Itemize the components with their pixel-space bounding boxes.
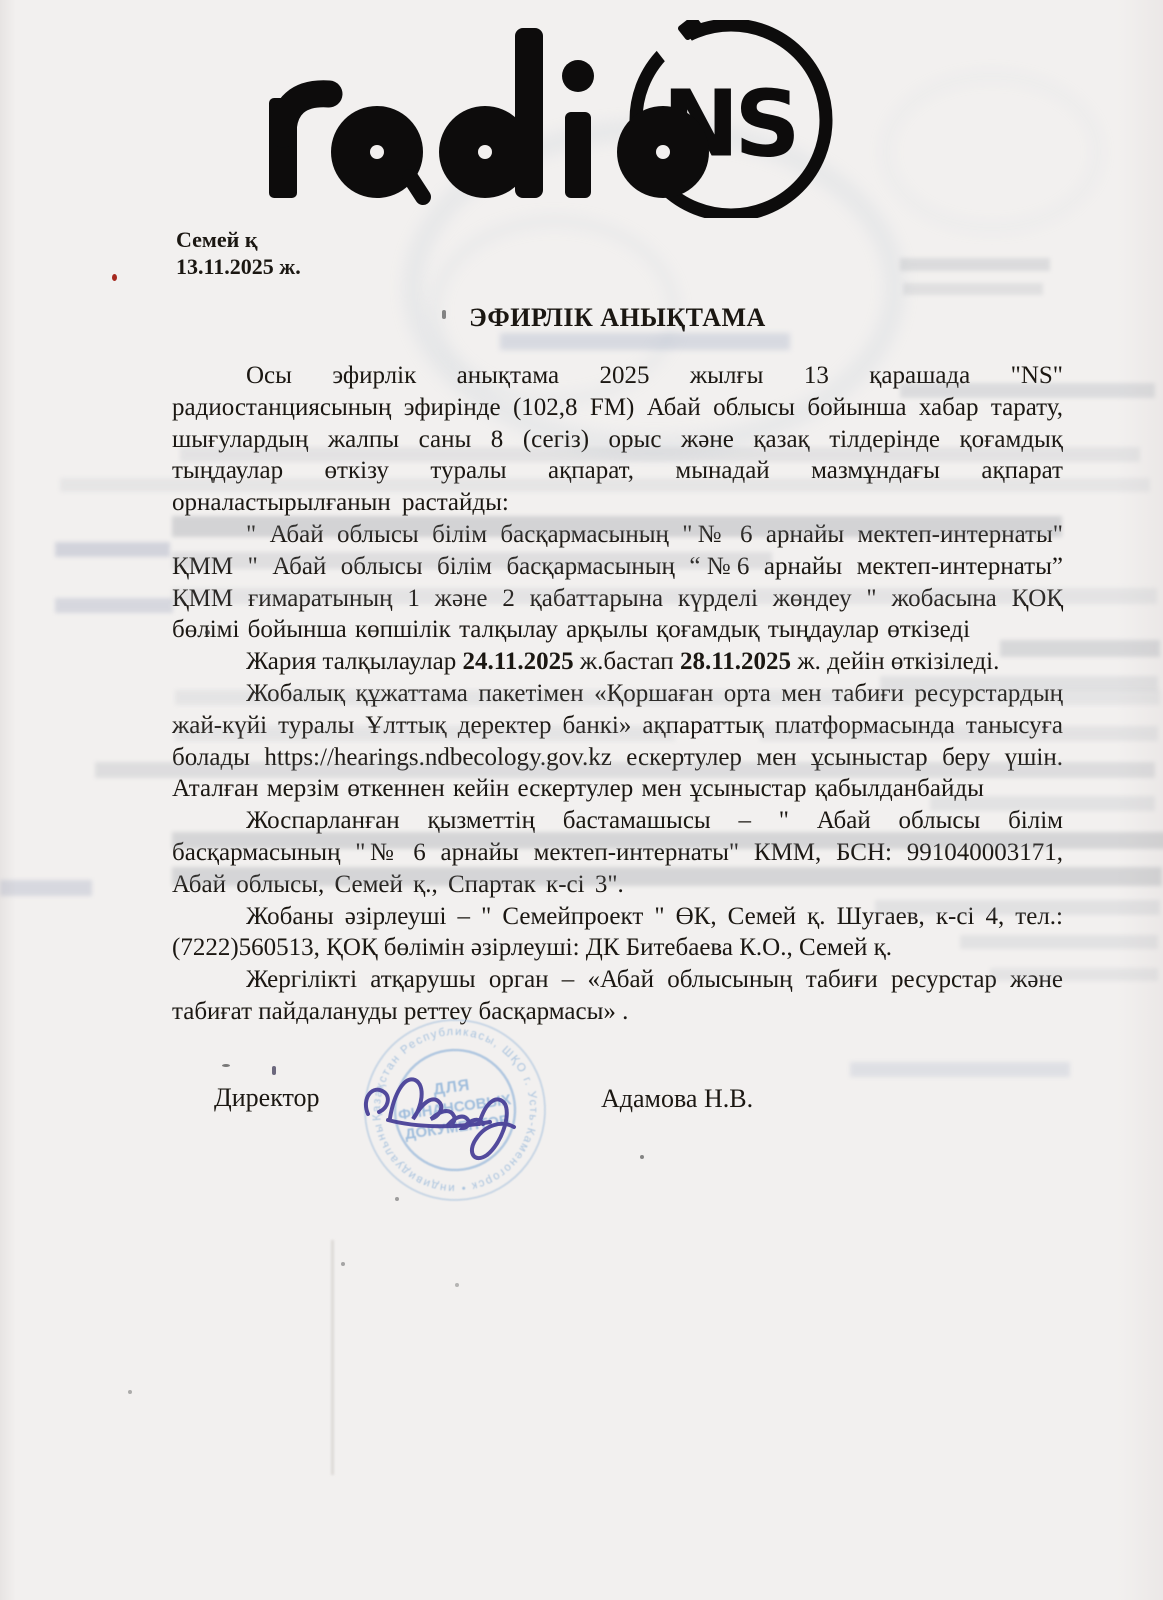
ink-mark (272, 1066, 276, 1075)
signatory-role: Директор (214, 1083, 320, 1113)
paragraph: Жобалық құжаттама пакетімен «Қоршаған ор… (172, 678, 1063, 805)
ink-speck (455, 1283, 459, 1287)
signatory-name: Адамова Н.В. (601, 1084, 753, 1114)
letterhead-block: Семей қ 13.11.2025 ж. (176, 226, 301, 280)
bleed-through-artifact (903, 283, 1043, 295)
paragraph: Жоспарланған қызметтің бастамашысы – " А… (172, 805, 1063, 900)
bleed-through-artifact (55, 598, 173, 613)
scan-fold-line (331, 1240, 334, 1475)
ink-speck (640, 1155, 644, 1159)
ink-mark (222, 1064, 230, 1067)
document-title: ЭФИРЛІК АНЫҚТАМА (172, 303, 1063, 333)
bleed-through-artifact (900, 258, 1050, 271)
ink-speck (341, 1262, 345, 1266)
paragraph: Жария талқылаулар 24.11.2025 ж.бастап 28… (172, 646, 1063, 678)
red-ink-speck (112, 274, 117, 281)
radio-ns-logo: radio NS (253, 20, 845, 218)
handwritten-signature (358, 1058, 523, 1166)
paragraphs: Осы эфирлік анықтама 2025 жылғы 13 қараш… (172, 360, 1063, 1028)
bleed-through-artifact (500, 333, 790, 350)
logo-graphic: NS (253, 20, 845, 218)
bleed-through-artifact (55, 542, 170, 557)
paragraph: Осы эфирлік анықтама 2025 жылғы 13 қараш… (172, 360, 1063, 519)
paragraph: " Абай облысы білім басқармасының "№ 6 а… (172, 519, 1063, 646)
paragraph: Жергілікті атқарушы орган – «Абай облысы… (172, 964, 1063, 1028)
paragraph: Жобаны әзірлеуші – " Семейпроект " ӨК, С… (172, 901, 1063, 965)
ink-speck (128, 1390, 132, 1394)
scanned-document-page: radio NS (0, 0, 1163, 1600)
bleed-through-artifact (0, 880, 92, 896)
bleed-through-artifact (850, 1062, 1070, 1077)
letterhead-city: Семей қ (176, 226, 301, 253)
letterhead-date: 13.11.2025 ж. (176, 253, 301, 280)
watermark-circle-right (880, 70, 1104, 234)
